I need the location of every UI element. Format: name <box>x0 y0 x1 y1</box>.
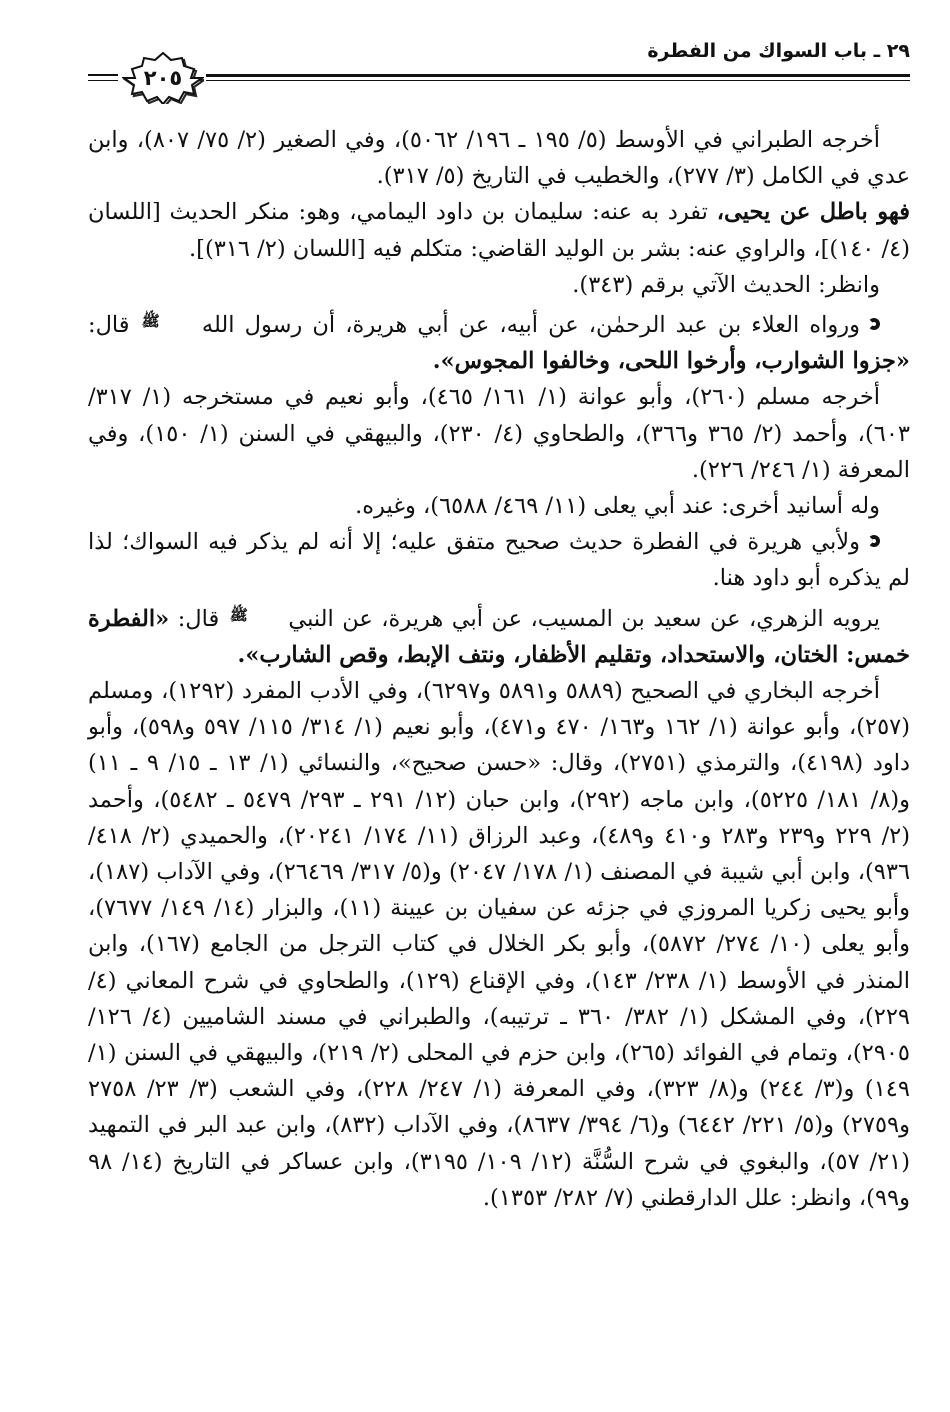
paragraph-other-chains: وله أسانيد أخرى: عند أبي يعلى (١١/ ٤٦٩/ … <box>88 488 910 524</box>
chapter-title: ٢٩ ـ باب السواك من الفطرة <box>647 36 910 66</box>
paragraph-takhrij-muslim: أخرجه مسلم (٢٦٠)، وأبو عوانة (١/ ١٦١/ ٤٦… <box>88 379 910 488</box>
hadith-quote: «جزوا الشوارب، وأرخوا اللحى، وخالفوا الم… <box>433 348 910 374</box>
paragraph-text: وله أسانيد أخرى: عند أبي يعلى (١١/ ٤٦٩/ … <box>355 493 880 519</box>
paragraph-text: أخرجه مسلم (٢٦٠)، وأبو عوانة (١/ ١٦١/ ٤٦… <box>88 384 910 482</box>
paragraph-ala-narration: ورواه العلاء بن عبد الرحمٰن، عن أبيه، عن… <box>88 303 910 379</box>
salutation-icon: ﷺ <box>142 303 190 339</box>
paragraph-text: وانظر: الحديث الآتي برقم (٣٤٣). <box>572 272 880 298</box>
paragraph-takhrij-bukhari: أخرجه البخاري في الصحيح (٥٨٨٩ و٥٨٩١ و٦٢٩… <box>88 673 910 1216</box>
header-rule-left-stub <box>88 74 118 81</box>
paragraph-see-also: وانظر: الحديث الآتي برقم (٣٤٣). <box>88 267 910 303</box>
header-double-rule <box>206 74 910 81</box>
salutation-icon: ﷺ <box>230 597 278 633</box>
book-page: ٢٩ ـ باب السواك من الفطرة ٢٠٥ أخرجه الطب… <box>88 36 910 96</box>
page-number-badge: ٢٠٥ <box>122 52 204 104</box>
section-bullet-icon <box>868 318 880 330</box>
body-text: أخرجه الطبراني في الأوسط (٥/ ١٩٥ ـ ١٩٦/ … <box>88 122 910 1216</box>
paragraph-text: قال: <box>88 312 130 338</box>
paragraph-text: يرويه الزهري، عن سعيد بن المسيب، عن أبي … <box>288 606 880 632</box>
page-number: ٢٠٥ <box>122 52 204 104</box>
section-bullet-icon <box>868 535 880 547</box>
paragraph-text: ولأبي هريرة في الفطرة حديث صحيح متفق علي… <box>88 529 910 591</box>
paragraph-takhrij-tabarani: أخرجه الطبراني في الأوسط (٥/ ١٩٥ ـ ١٩٦/ … <box>88 122 910 194</box>
paragraph-text: أخرجه البخاري في الصحيح (٥٨٨٩ و٥٨٩١ و٦٢٩… <box>88 678 910 1211</box>
page-header: ٢٩ ـ باب السواك من الفطرة ٢٠٥ <box>88 36 910 96</box>
paragraph-text: أخرجه الطبراني في الأوسط (٥/ ١٩٥ ـ ١٩٦/ … <box>88 127 910 189</box>
paragraph-zuhri-narration: يرويه الزهري، عن سعيد بن المسيب، عن أبي … <box>88 597 910 673</box>
paragraph-text: ورواه العلاء بن عبد الرحمٰن، عن أبيه، عن… <box>202 312 860 338</box>
paragraph-text: قال: <box>178 606 220 632</box>
verdict-bold-text: فهو باطل عن يحيى، <box>717 199 910 225</box>
paragraph-verdict: فهو باطل عن يحيى، تفرد به عنه: سليمان بن… <box>88 194 910 266</box>
paragraph-abu-hurayra-fitra: ولأبي هريرة في الفطرة حديث صحيح متفق علي… <box>88 524 910 596</box>
